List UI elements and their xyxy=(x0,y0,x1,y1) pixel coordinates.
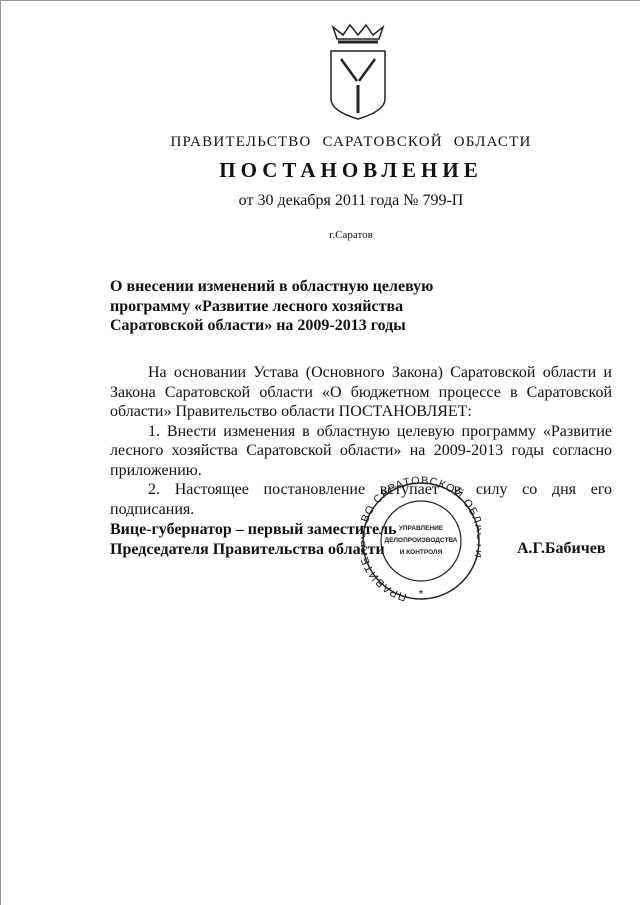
subject-line: О внесении изменений в областную целевую xyxy=(110,277,433,297)
document-city: г.Саратов xyxy=(1,229,640,241)
preamble-paragraph: На основании Устава (Основного Закона) С… xyxy=(110,363,612,422)
svg-text:*: * xyxy=(419,587,424,601)
svg-text:ДЕЛОПРОИЗВОДСТВА: ДЕЛОПРОИЗВОДСТВА xyxy=(384,537,457,544)
position-line: Председателя Правительства области xyxy=(110,540,397,560)
position-line: Вице-губернатор – первый заместитель xyxy=(110,520,397,540)
svg-text:И КОНТРОЛЯ: И КОНТРОЛЯ xyxy=(400,549,443,556)
clause-1: 1. Внести изменения в областную целевую … xyxy=(110,422,612,481)
organization-name: ПРАВИТЕЛЬСТВО САРАТОВСКОЙ ОБЛАСТИ xyxy=(1,134,640,151)
coat-of-arms-icon xyxy=(323,23,393,121)
document-subject: О внесении изменений в областную целевую… xyxy=(110,277,433,336)
signatory-name: А.Г.Бабичев xyxy=(517,540,606,558)
subject-line: программу «Развитие лесного хозяйства xyxy=(110,297,433,317)
official-stamp-icon: ПРАВИТЕЛЬСТВО САРАТОВСКОЙ ОБЛАСТИ УПРАВЛ… xyxy=(361,476,481,606)
signatory-position: Вице-губернатор – первый заместитель Пре… xyxy=(110,520,397,560)
svg-text:УПРАВЛЕНИЕ: УПРАВЛЕНИЕ xyxy=(399,525,444,532)
document-type: ПОСТАНОВЛЕНИЕ xyxy=(1,158,640,183)
document-date-number: от 30 декабря 2011 года № 799-П xyxy=(1,192,640,210)
document-page: ПРАВИТЕЛЬСТВО САРАТОВСКОЙ ОБЛАСТИ ПОСТАН… xyxy=(0,0,640,905)
subject-line: Саратовской области» на 2009-2013 годы xyxy=(110,316,433,336)
